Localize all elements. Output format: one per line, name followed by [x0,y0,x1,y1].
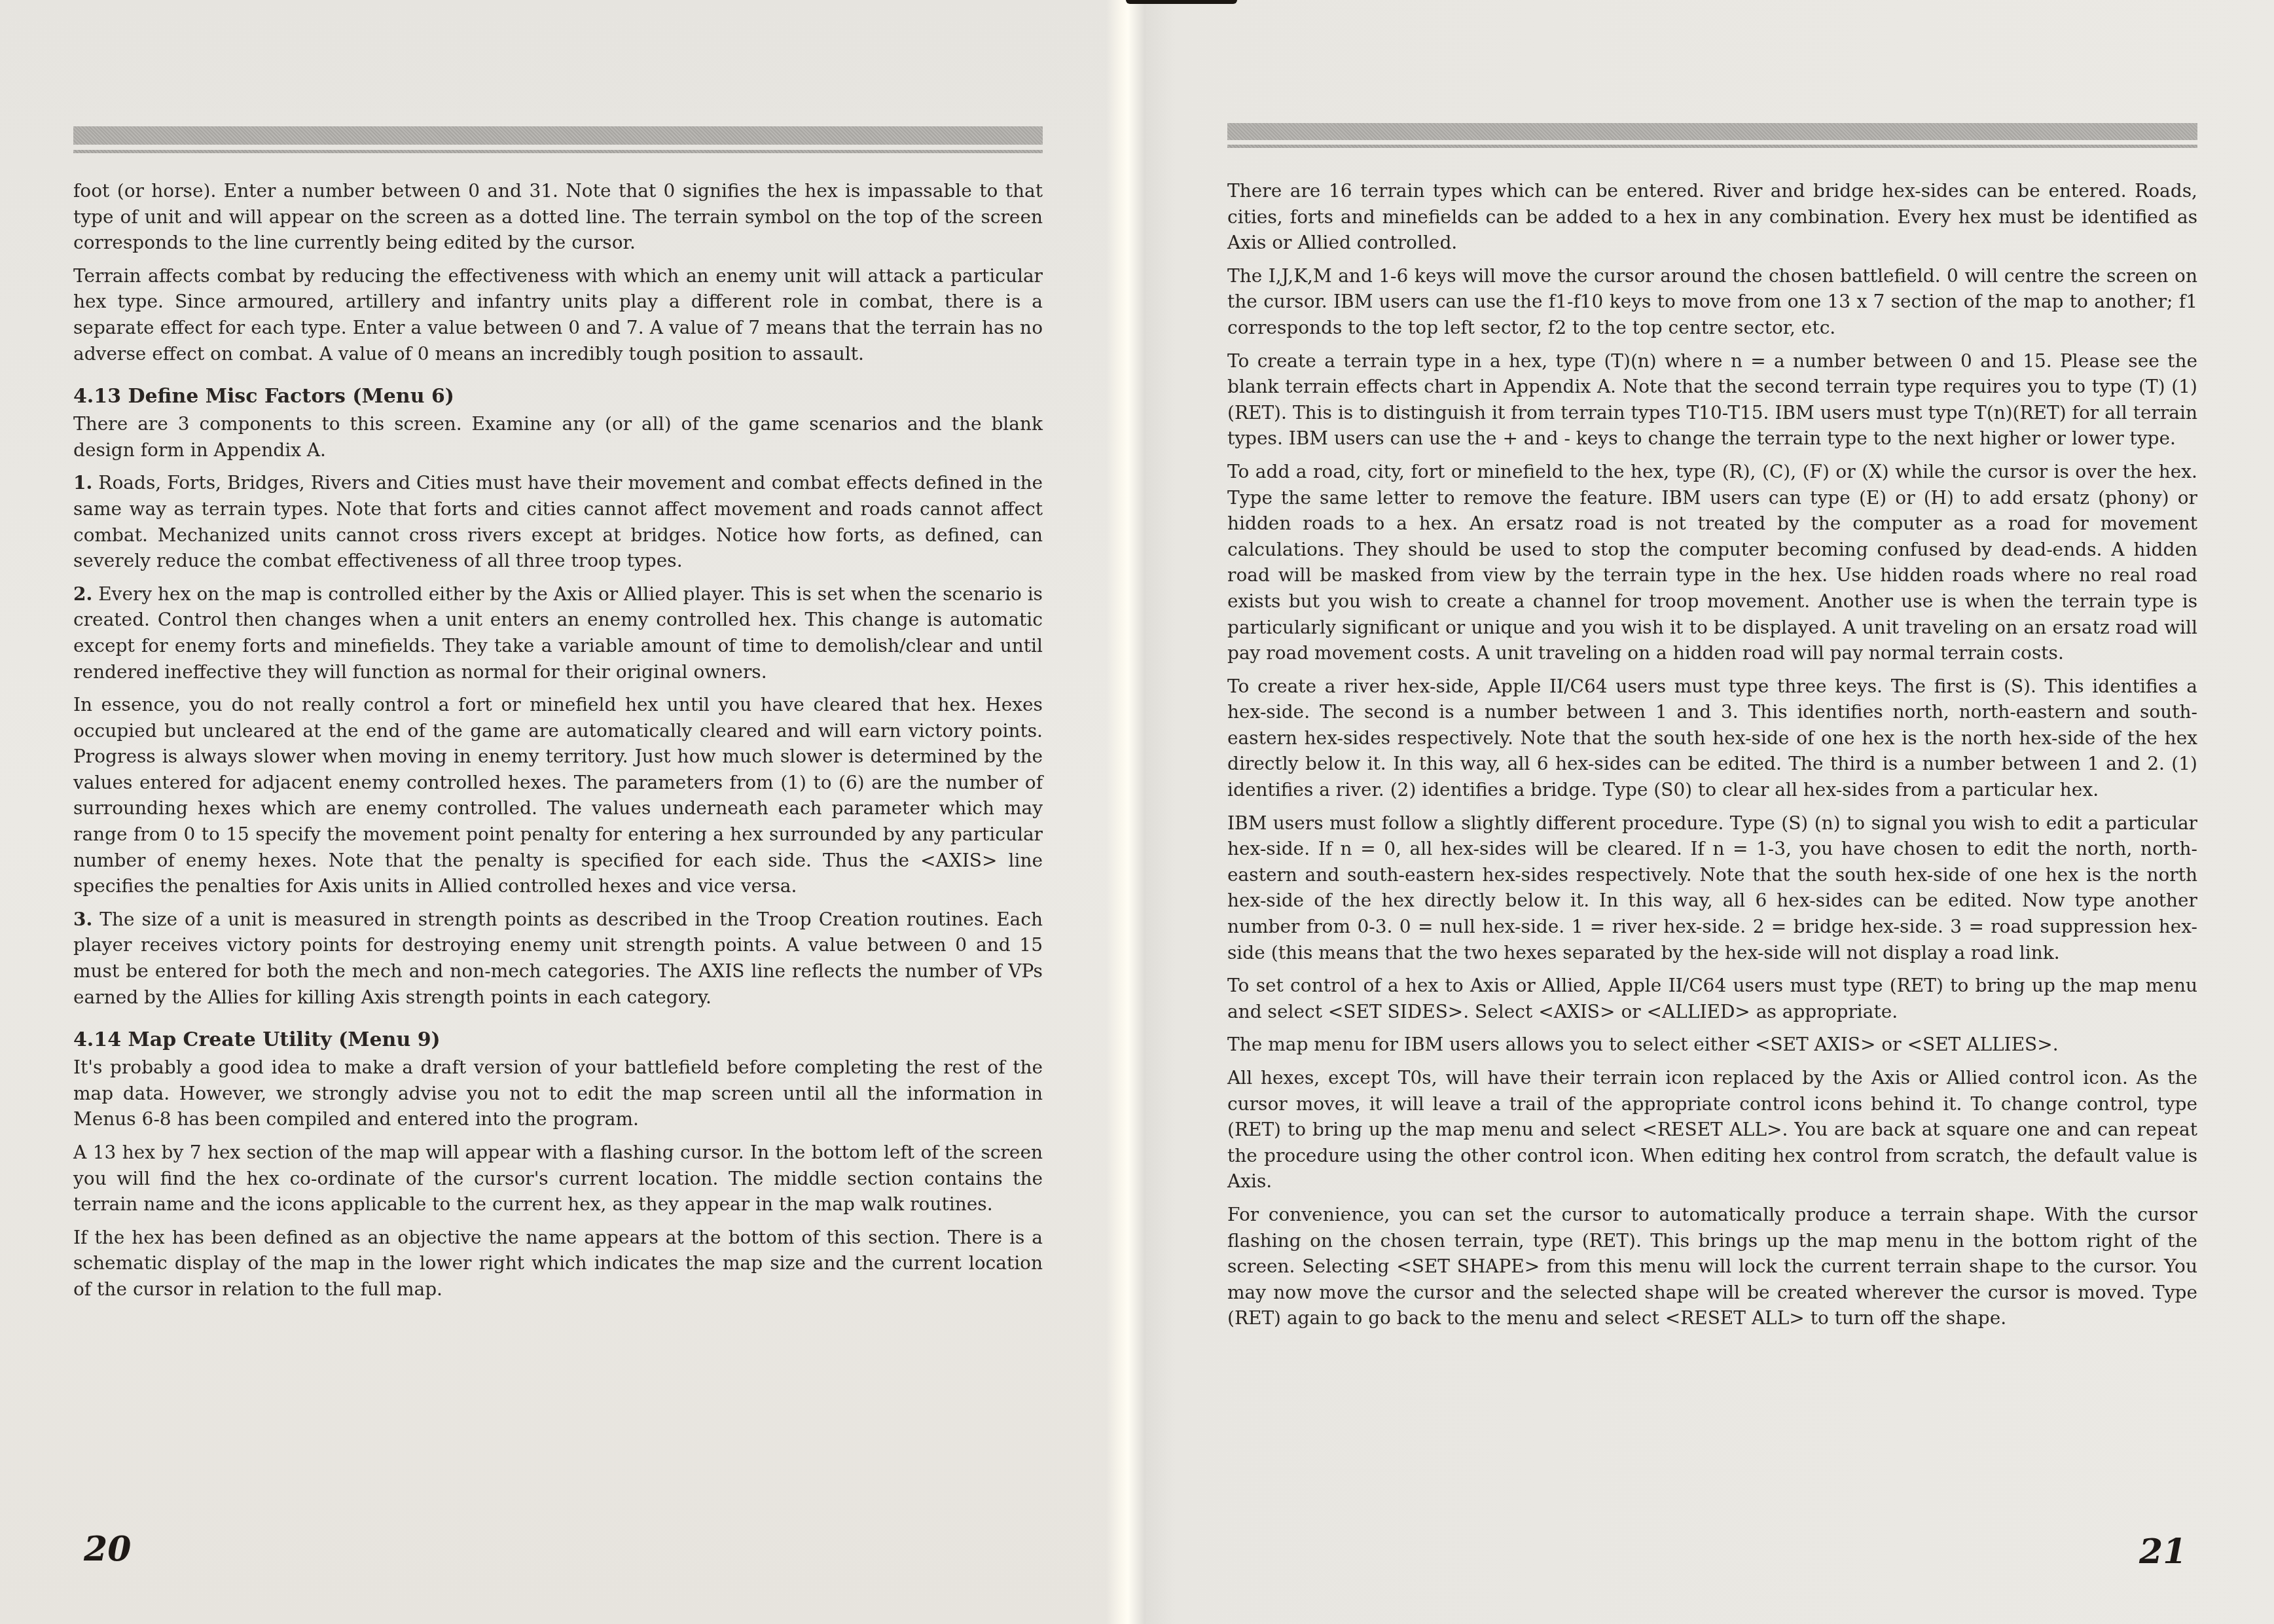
left-page: foot (or horse). Enter a number between … [0,0,1123,1624]
paragraph: To create a river hex-side, Apple II/C64… [1227,674,2197,803]
left-header-bar [73,126,1043,145]
paragraph: Terrain affects combat by reducing the e… [73,263,1043,367]
paragraph: In essence, you do not really control a … [73,692,1043,899]
paragraph: All hexes, except T0s, will have their t… [1227,1065,2197,1195]
paragraph: To create a terrain type in a hex, type … [1227,348,2197,452]
item-text: Every hex on the map is controlled eithe… [73,583,1043,683]
paragraph: To add a road, city, fort or minefield t… [1227,459,2197,666]
right-page: There are 16 terrain types which can be … [1136,0,2274,1624]
item-text: Roads, Forts, Bridges, Rivers and Cities… [73,472,1043,571]
item-number: 3. [73,909,92,930]
numbered-paragraph: 1. Roads, Forts, Bridges, Rivers and Cit… [73,470,1043,573]
numbered-paragraph: 3. The size of a unit is measured in str… [73,907,1043,1010]
paragraph: The map menu for IBM users allows you to… [1227,1032,2197,1058]
right-header-rule [1227,145,2197,148]
book-spine [1106,0,1146,1624]
section-heading: 4.13 Define Misc Factors (Menu 6) [73,384,1043,410]
page-number-right: 21 [2139,1532,2186,1572]
paragraph: A 13 hex by 7 hex section of the map wil… [73,1140,1043,1218]
paragraph: There are 16 terrain types which can be … [1227,178,2197,256]
right-text-column: There are 16 terrain types which can be … [1227,178,2197,1339]
paragraph: IBM users must follow a slightly differe… [1227,810,2197,966]
right-header-bar [1227,123,2197,140]
book-spread: foot (or horse). Enter a number between … [0,0,2274,1624]
paragraph: For convenience, you can set the cursor … [1227,1202,2197,1331]
section-heading: 4.14 Map Create Utility (Menu 9) [73,1027,1043,1053]
paragraph: If the hex has been defined as an object… [73,1225,1043,1303]
paragraph: foot (or horse). Enter a number between … [73,178,1043,256]
numbered-paragraph: 2. Every hex on the map is controlled ei… [73,581,1043,685]
paragraph: There are 3 components to this screen. E… [73,411,1043,463]
left-header-rule [73,150,1043,153]
item-number: 1. [73,472,92,494]
item-number: 2. [73,583,92,605]
paragraph: It's probably a good idea to make a draf… [73,1055,1043,1132]
left-text-column: foot (or horse). Enter a number between … [73,178,1043,1310]
paragraph: To set control of a hex to Axis or Allie… [1227,973,2197,1024]
item-text: The size of a unit is measured in streng… [73,909,1043,1008]
paragraph: The I,J,K,M and 1-6 keys will move the c… [1227,263,2197,341]
spine-shadow [1126,0,1237,4]
page-number-left: 20 [84,1529,131,1569]
